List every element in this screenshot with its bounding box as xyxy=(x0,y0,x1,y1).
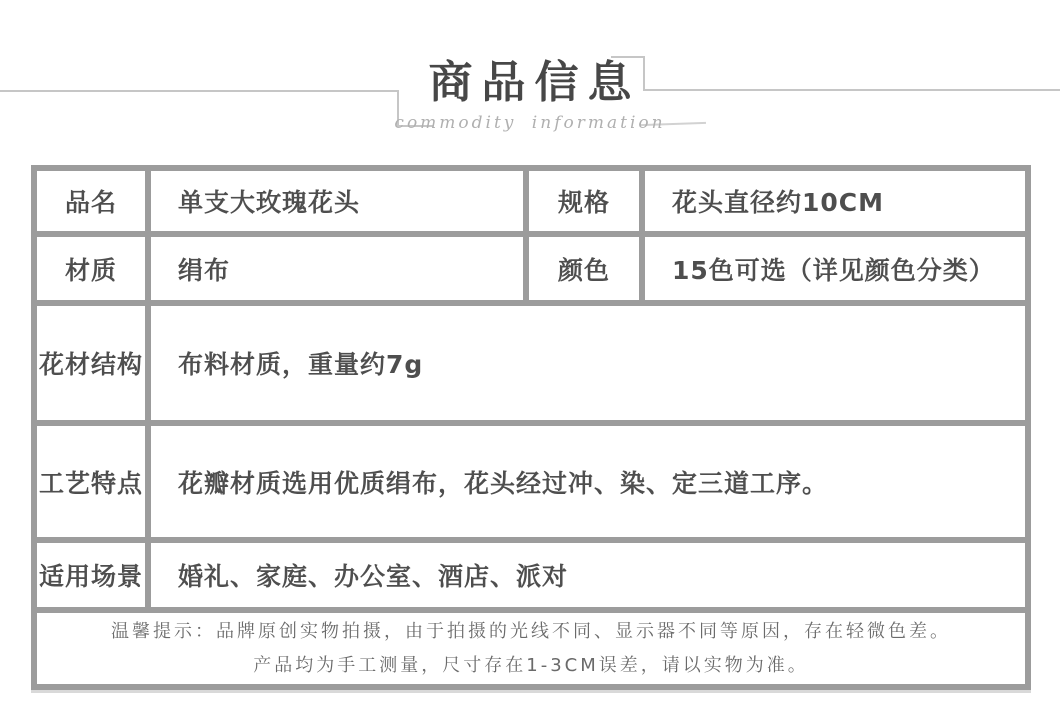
notice-row: 温馨提示：品牌原创实物拍摄，由于拍摄的光线不同、显示器不同等原因，存在轻微色差。… xyxy=(37,613,1025,684)
notice-line-2: 产品均为手工测量，尺寸存在1-3CM误差，请以实物为准。 xyxy=(253,649,809,683)
product-name-label: 品名 xyxy=(37,171,145,231)
scene-label: 适用场景 xyxy=(37,543,145,607)
craft-label: 工艺特点 xyxy=(37,426,145,537)
scene-value: 婚礼、家庭、办公室、酒店、派对 xyxy=(151,543,1025,607)
product-info-page: 商品信息 commodity information 品名 单支大玫瑰花头 规格… xyxy=(0,0,1060,725)
color-label: 颜色 xyxy=(529,237,639,300)
notice-line-1: 温馨提示：品牌原创实物拍摄，由于拍摄的光线不同、显示器不同等原因，存在轻微色差。 xyxy=(111,615,951,649)
product-info-table: 品名 单支大玫瑰花头 规格 花头直径约10CM 材质 绢布 颜色 15色可选（详… xyxy=(31,165,1031,690)
structure-value: 布料材质，重量约7g xyxy=(151,306,1025,420)
spec-label: 规格 xyxy=(529,171,639,231)
structure-label: 花材结构 xyxy=(37,306,145,420)
product-name-value: 单支大玫瑰花头 xyxy=(151,171,523,231)
page-title: 商品信息 xyxy=(0,58,1060,109)
spec-value: 花头直径约10CM xyxy=(645,171,1025,231)
material-value: 绢布 xyxy=(151,237,523,300)
material-label: 材质 xyxy=(37,237,145,300)
color-value: 15色可选（详见颜色分类） xyxy=(645,237,1025,300)
page-subtitle: commodity information xyxy=(0,113,1060,133)
craft-value: 花瓣材质选用优质绢布，花头经过冲、染、定三道工序。 xyxy=(151,426,1025,537)
